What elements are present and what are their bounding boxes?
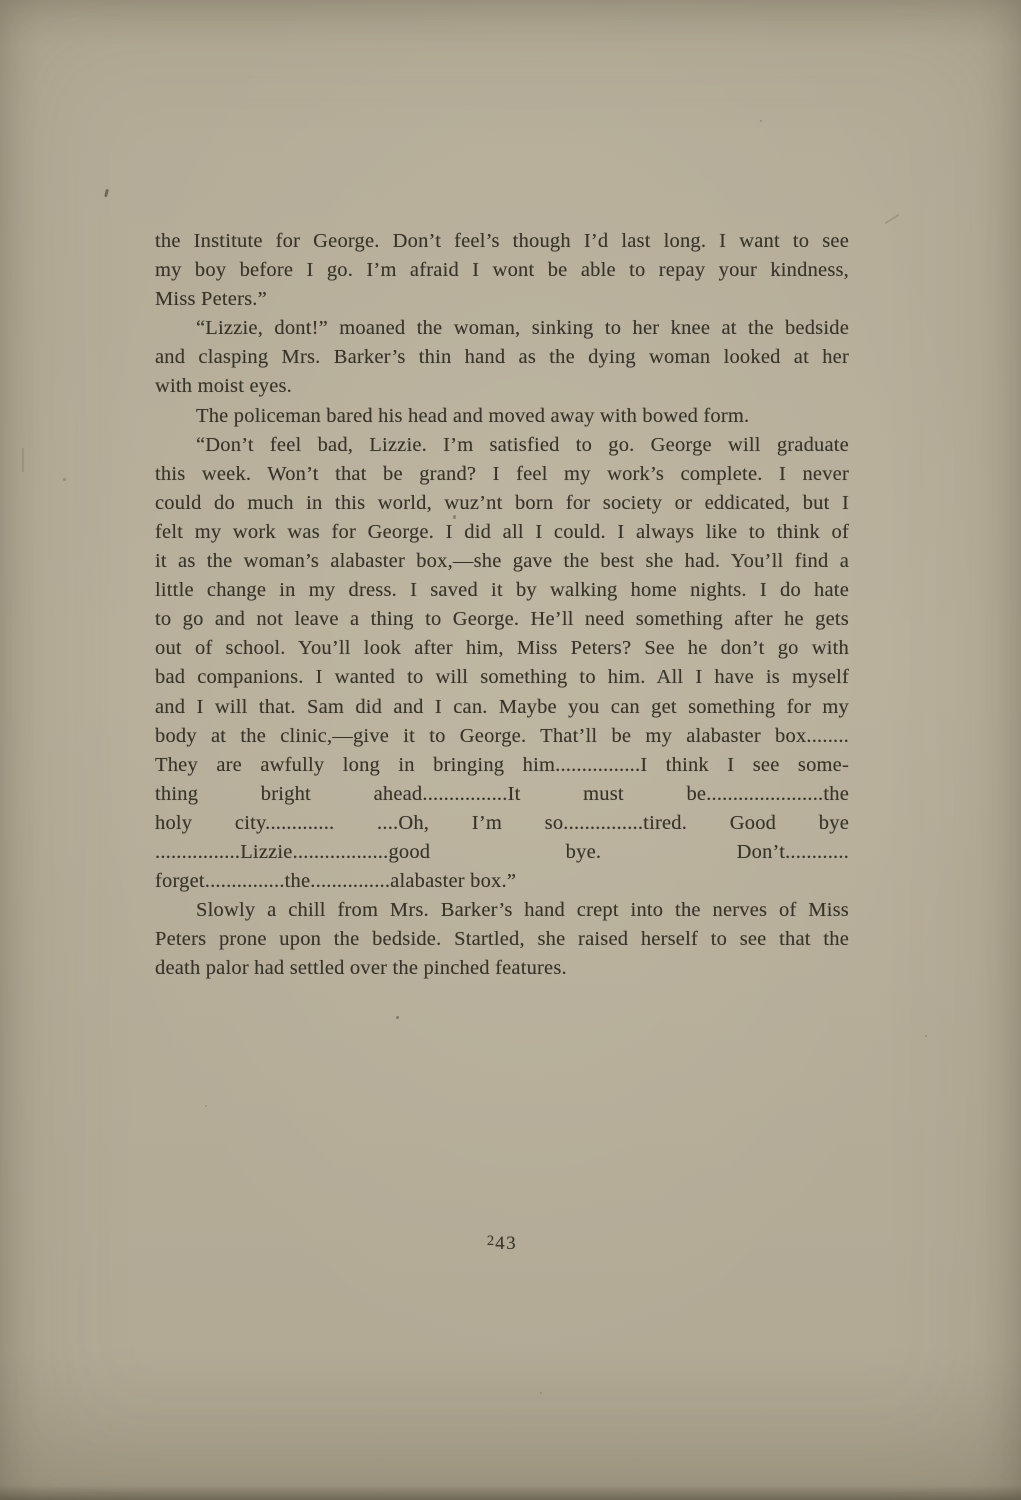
text-line: thing bright ahead................It mus… (155, 780, 849, 809)
book-page-scan: the Institute for George. Don’t feel’s t… (0, 0, 1021, 1500)
text-line: They are awfully long in bringing him...… (155, 751, 849, 780)
text-line: holy city............. ....Oh, I’m so...… (155, 809, 849, 838)
text-line: forget...............the...............a… (155, 867, 849, 896)
text-line: “Lizzie, dont!” moaned the woman, sinkin… (155, 314, 849, 343)
text-line: and clasping Mrs. Barker’s thin hand as … (155, 343, 849, 372)
text-line: felt my work was for George. I did all I… (155, 518, 849, 547)
text-line: bad companions. I wanted to will somethi… (155, 663, 849, 692)
page-number-digits: 43 (495, 1233, 517, 1254)
text-line: to go and not leave a thing to George. H… (155, 605, 849, 634)
text-line: Peters prone upon the bedside. Startled,… (155, 925, 849, 954)
text-line: death palor had settled over the pinched… (155, 954, 849, 983)
text-line: little change in my dress. I saved it by… (155, 576, 849, 605)
text-line: with moist eyes. (155, 372, 849, 401)
text-line: this week. Won’t that be grand? I feel m… (155, 460, 849, 489)
text-line: “Don’t feel bad, Lizzie. I’m satisfied t… (155, 431, 849, 460)
text-line: it as the woman’s alabaster box,—she gav… (155, 547, 849, 576)
text-line: out of school. You’ll look after him, Mi… (155, 634, 849, 663)
text-line: my boy before I go. I’m afraid I wont be… (155, 256, 849, 285)
text-line: could do much in this world, wuz’nt born… (155, 489, 849, 518)
text-line: body at the clinic,—give it to George. T… (155, 722, 849, 751)
paragraph: The policeman bared his head and moved a… (155, 402, 849, 431)
text-line: The policeman bared his head and moved a… (155, 402, 849, 431)
text-line: and I will that. Sam did and I can. Mayb… (155, 693, 849, 722)
text-line: Miss Peters.” (155, 285, 849, 314)
page-text: the Institute for George. Don’t feel’s t… (155, 227, 849, 983)
text-line: ................Lizzie..................… (155, 838, 849, 867)
paragraph: Slowly a chill from Mrs. Barker’s hand c… (155, 896, 849, 983)
paragraph: “Lizzie, dont!” moaned the woman, sinkin… (155, 314, 849, 401)
text-line: the Institute for George. Don’t feel’s t… (155, 227, 849, 256)
paragraph: the Institute for George. Don’t feel’s t… (155, 227, 849, 314)
paragraph: “Don’t feel bad, Lizzie. I’m satisfied t… (155, 431, 849, 897)
page-number: 243 (155, 1233, 849, 1255)
text-line: Slowly a chill from Mrs. Barker’s hand c… (155, 896, 849, 925)
page-number-superscript-digit: 2 (487, 1233, 495, 1250)
